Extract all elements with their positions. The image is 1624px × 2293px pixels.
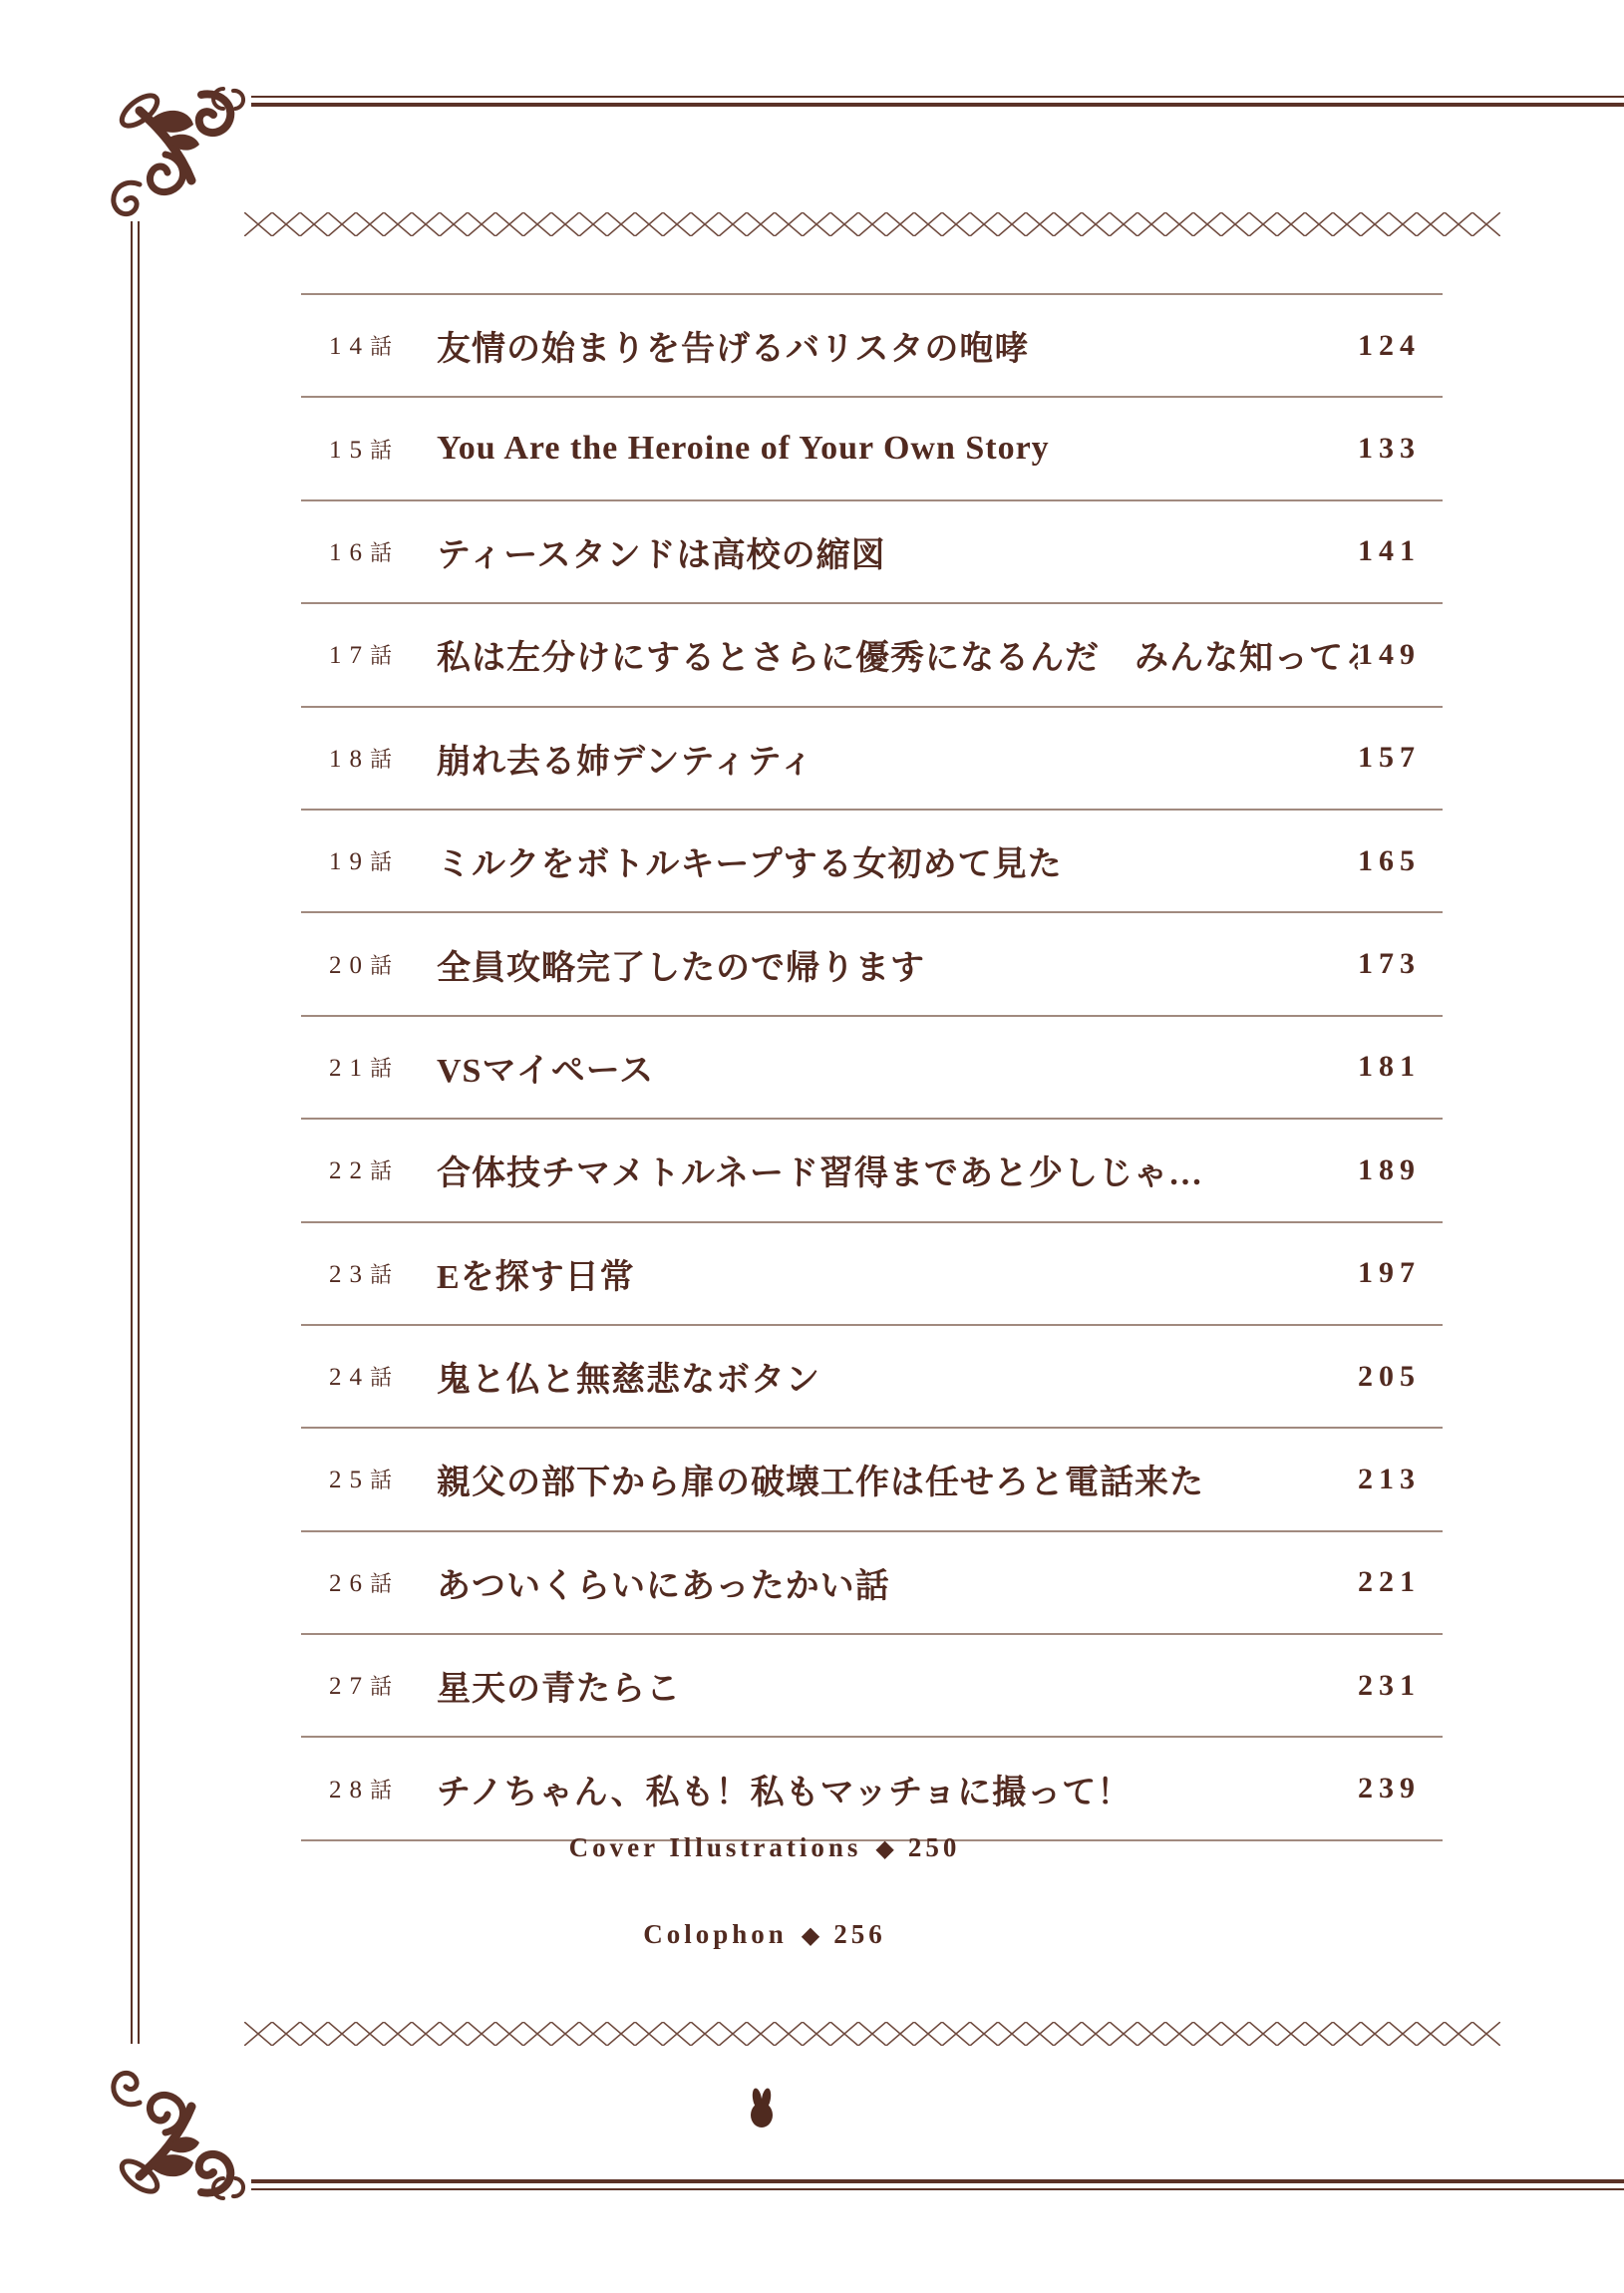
chapter-number-digits: 19 [329, 848, 370, 875]
chapter-number: 15話 [329, 434, 437, 465]
colophon-label: Colophon [643, 1919, 788, 1949]
frame-bottom-double-line [251, 2179, 1624, 2190]
toc-row: 26話 あついくらいにあったかい話 221 [301, 1530, 1443, 1633]
chapter-title: Eを探す日常 [437, 1249, 1358, 1298]
chapter-title: 友情の始まりを告げるバリスタの咆哮 [437, 321, 1358, 370]
chapter-unit: 話 [370, 1262, 392, 1287]
chapter-unit: 話 [370, 1468, 392, 1492]
chapter-number-digits: 20 [329, 952, 370, 979]
chapter-number: 24話 [329, 1361, 437, 1392]
chapter-number-digits: 18 [329, 746, 370, 773]
chapter-title: 崩れ去る姉デンティティ [437, 734, 1358, 783]
corner-flourish-top-icon [106, 80, 255, 231]
chapter-number-digits: 25 [329, 1467, 370, 1493]
chapter-title: You Are the Heroine of Your Own Story [437, 430, 1358, 468]
frame-top-double-line [251, 96, 1624, 107]
colophon-page: 256 [833, 1919, 886, 1949]
page-number: 149 [1358, 638, 1443, 672]
chapter-title: 私は左分けにするとさらに優秀になるんだ みんな知ってるよね [437, 630, 1358, 679]
diamond-icon: ◆ [875, 1836, 893, 1862]
page-number: 221 [1358, 1565, 1443, 1599]
chapter-unit: 話 [370, 643, 392, 668]
chapter-number-digits: 23 [329, 1261, 370, 1288]
table-of-contents: 14話 友情の始まりを告げるバリスタの咆哮 124 15話 You Are th… [301, 293, 1443, 1841]
toc-row: 27話 星天の青たらこ 231 [301, 1633, 1443, 1736]
chapter-number-digits: 28 [329, 1777, 370, 1803]
chapter-title: VSマイペース [437, 1043, 1358, 1092]
diamond-icon: ◆ [802, 1923, 819, 1949]
page-number: 189 [1358, 1153, 1443, 1187]
chapter-title: 合体技チマメトルネード習得まであと少しじゃ… [437, 1146, 1358, 1194]
page-number: 157 [1358, 741, 1443, 775]
chapter-number-digits: 27 [329, 1673, 370, 1700]
chapter-number: 22話 [329, 1154, 437, 1185]
page-number: 197 [1358, 1256, 1443, 1290]
toc-row: 18話 崩れ去る姉デンティティ 157 [301, 706, 1443, 809]
rabbit-icon [748, 2088, 776, 2129]
page-number: 213 [1358, 1463, 1443, 1496]
toc-row: 19話 ミルクをボトルキープする女初めて見た 165 [301, 809, 1443, 911]
cover-illustrations-page: 250 [908, 1832, 961, 1862]
chapter-unit: 話 [370, 540, 392, 565]
chapter-unit: 話 [370, 747, 392, 772]
chapter-unit: 話 [370, 1365, 392, 1390]
chapter-number-digits: 15 [329, 437, 370, 464]
page-number: 173 [1358, 947, 1443, 981]
chapter-title: 全員攻略完了したので帰ります [437, 940, 1358, 989]
colophon-entry: Colophon◆256 [0, 1919, 1529, 1950]
chapter-title: ティースタンドは高校の縮図 [437, 527, 1358, 576]
toc-row: 23話 Eを探す日常 197 [301, 1221, 1443, 1324]
chapter-number-digits: 21 [329, 1055, 370, 1082]
chapter-number: 21話 [329, 1052, 437, 1083]
chapter-unit: 話 [370, 438, 392, 463]
zigzag-border-top [244, 212, 1500, 236]
chapter-number: 17話 [329, 639, 437, 670]
chapter-unit: 話 [370, 1571, 392, 1596]
chapter-number-digits: 22 [329, 1157, 370, 1184]
chapter-number: 27話 [329, 1670, 437, 1701]
toc-row: 24話 鬼と仏と無慈悲なボタン 205 [301, 1324, 1443, 1427]
chapter-number: 23話 [329, 1258, 437, 1289]
chapter-unit: 話 [370, 1056, 392, 1081]
toc-row: 14話 友情の始まりを告げるバリスタの咆哮 124 [301, 293, 1443, 396]
chapter-title: チノちゃん、私も！私もマッチョに撮って！ [437, 1765, 1358, 1813]
zigzag-border-bottom [244, 2022, 1500, 2046]
chapter-number-digits: 26 [329, 1570, 370, 1597]
page-number: 239 [1358, 1772, 1443, 1805]
toc-row: 25話 親父の部下から扉の破壊工作は任せろと電話来た 213 [301, 1427, 1443, 1529]
toc-row: 21話 VSマイペース 181 [301, 1015, 1443, 1118]
chapter-number: 18話 [329, 743, 437, 774]
page-number: 124 [1358, 329, 1443, 363]
toc-row: 22話 合体技チマメトルネード習得まであと少しじゃ… 189 [301, 1118, 1443, 1220]
chapter-number: 25話 [329, 1464, 437, 1494]
chapter-number-digits: 24 [329, 1364, 370, 1391]
chapter-number: 14話 [329, 330, 437, 361]
chapter-unit: 話 [370, 1778, 392, 1802]
cover-illustrations-entry: Cover Illustrations◆250 [0, 1832, 1529, 1863]
chapter-number: 28話 [329, 1774, 437, 1804]
chapter-title: 鬼と仏と無慈悲なボタン [437, 1352, 1358, 1401]
chapter-number: 26話 [329, 1567, 437, 1598]
frame-left-double-line [131, 221, 140, 2044]
chapter-number-digits: 14 [329, 333, 370, 360]
chapter-number-digits: 16 [329, 539, 370, 566]
chapter-unit: 話 [370, 1674, 392, 1699]
corner-flourish-bottom-icon [106, 2056, 255, 2207]
page-number: 205 [1358, 1360, 1443, 1394]
chapter-number: 19話 [329, 845, 437, 876]
chapter-title: ミルクをボトルキープする女初めて見た [437, 836, 1358, 885]
toc-row: 20話 全員攻略完了したので帰ります 173 [301, 911, 1443, 1014]
page-number: 141 [1358, 534, 1443, 568]
toc-row: 16話 ティースタンドは高校の縮図 141 [301, 499, 1443, 602]
page-number: 165 [1358, 844, 1443, 878]
chapter-unit: 話 [370, 953, 392, 978]
page-number: 133 [1358, 432, 1443, 466]
chapter-title: 親父の部下から扉の破壊工作は任せろと電話来た [437, 1455, 1358, 1503]
chapter-number-digits: 17 [329, 642, 370, 669]
page-number: 181 [1358, 1050, 1443, 1084]
toc-row: 17話 私は左分けにするとさらに優秀になるんだ みんな知ってるよね 149 [301, 602, 1443, 705]
chapter-unit: 話 [370, 1158, 392, 1183]
chapter-unit: 話 [370, 849, 392, 874]
cover-illustrations-label: Cover Illustrations [569, 1832, 862, 1862]
chapter-unit: 話 [370, 334, 392, 359]
chapter-title: 星天の青たらこ [437, 1661, 1358, 1710]
chapter-title: あついくらいにあったかい話 [437, 1558, 1358, 1607]
chapter-number: 20話 [329, 949, 437, 980]
chapter-number: 16話 [329, 536, 437, 567]
toc-row: 15話 You Are the Heroine of Your Own Stor… [301, 396, 1443, 498]
toc-row: 28話 チノちゃん、私も！私もマッチョに撮って！ 239 [301, 1736, 1443, 1838]
page-number: 231 [1358, 1669, 1443, 1703]
